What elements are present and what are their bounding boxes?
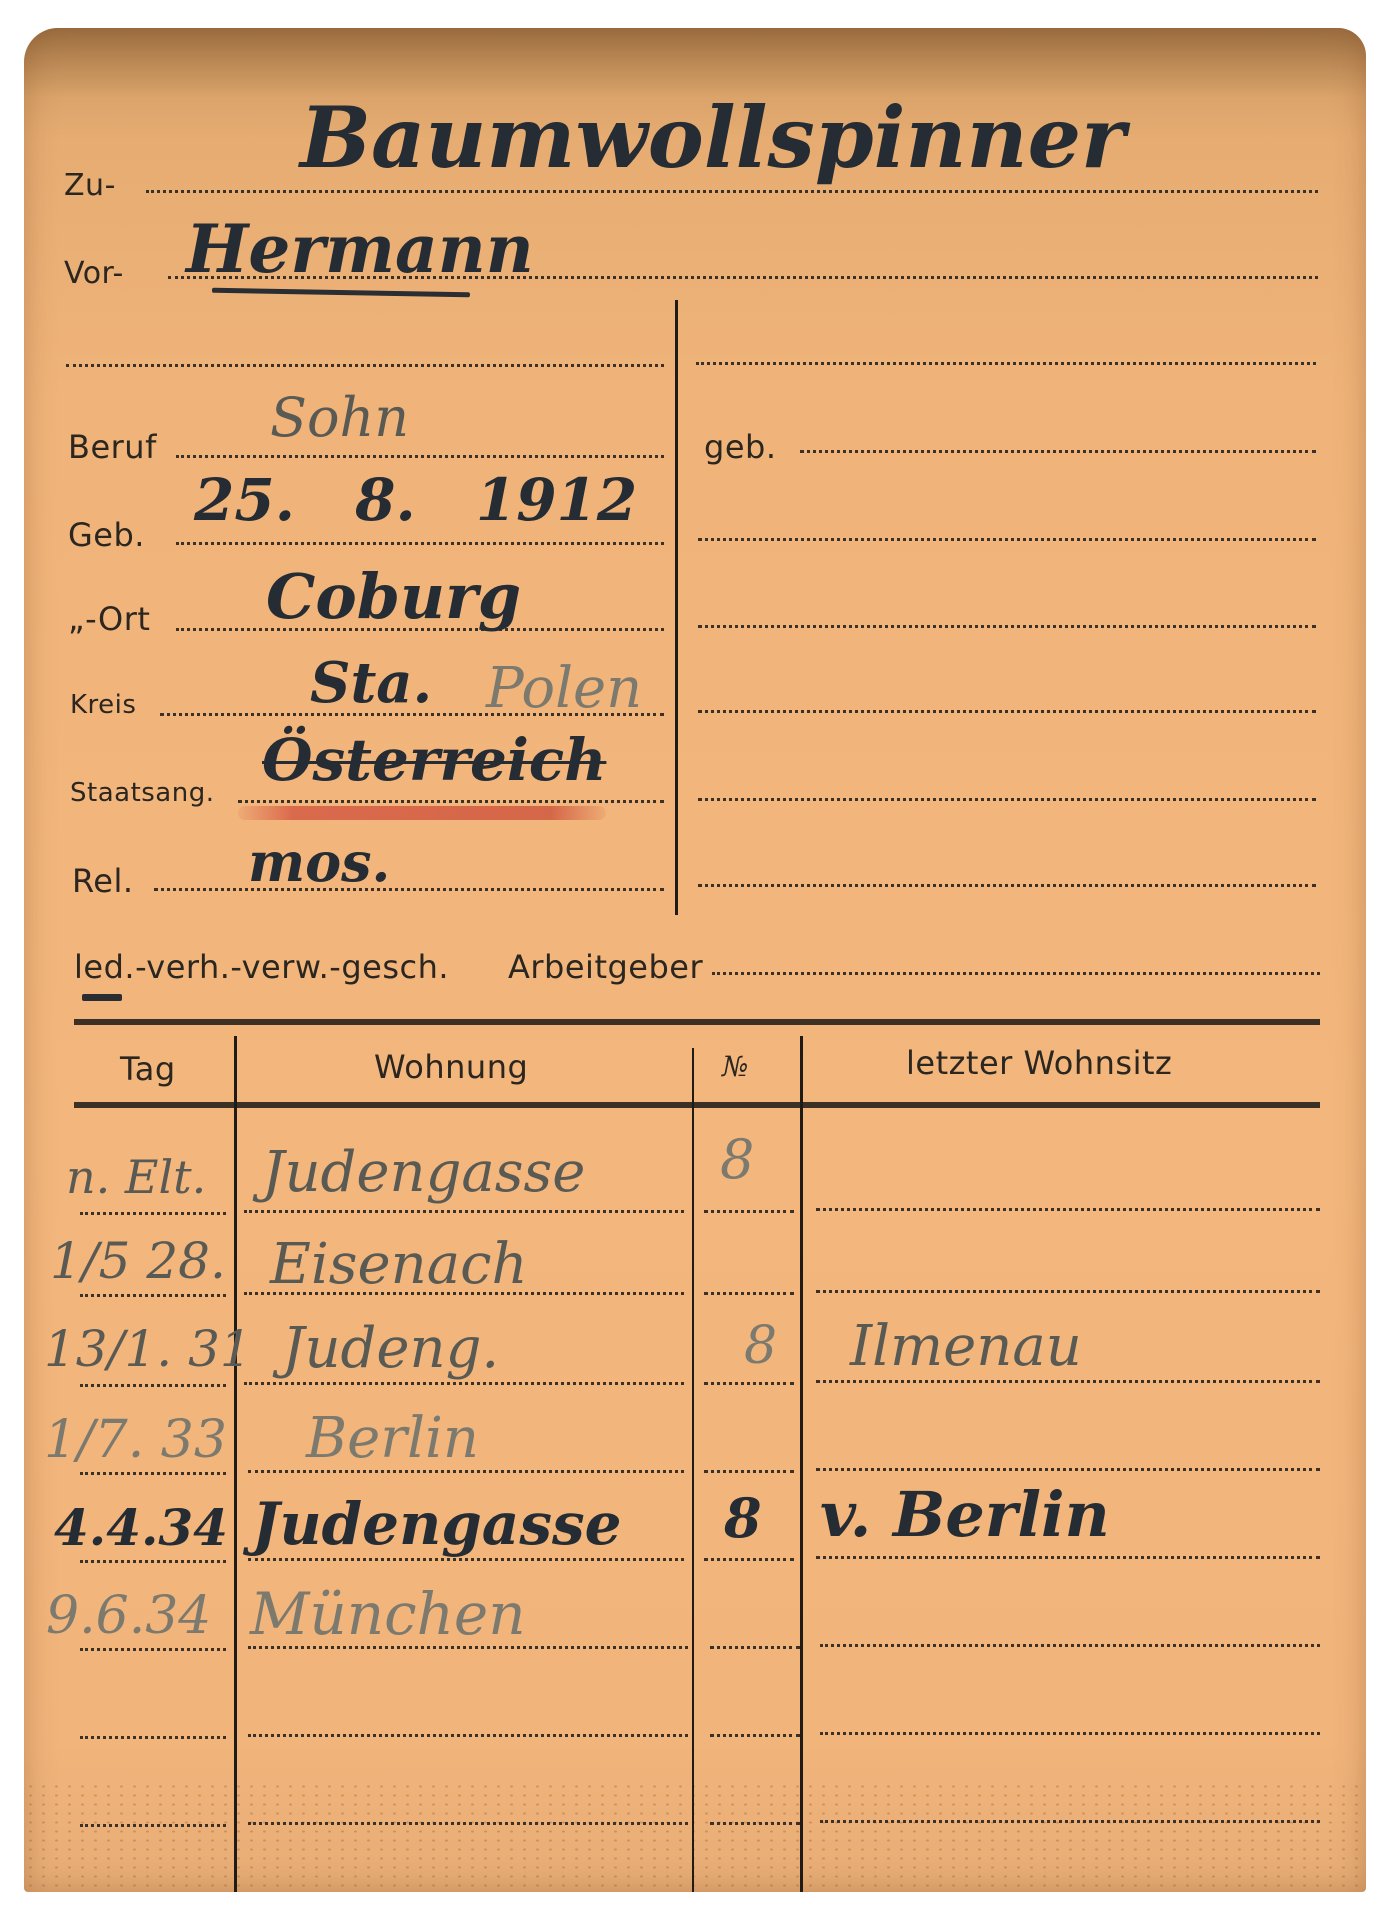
occupation-line (176, 455, 664, 458)
blank-line-right-2 (698, 538, 1316, 541)
cell-day: 1/7. 33 (44, 1410, 227, 1470)
label-occupation: Beruf (68, 428, 157, 466)
blank-line-right-3 (698, 625, 1316, 628)
blank-line-right-5 (698, 798, 1316, 801)
cell-last-residence: Ilmenau (850, 1314, 1082, 1379)
blank-line-right-4 (698, 710, 1316, 713)
table-top-rule (74, 1019, 1320, 1025)
label-surname: Zu- (64, 168, 116, 203)
value-first-name: Hermann (186, 210, 534, 288)
label-birth-place: „-Ort (68, 600, 150, 638)
details-divider (675, 300, 678, 915)
header-number: № (722, 1050, 749, 1083)
value-citizenship: Österreich (262, 726, 606, 794)
value-birth-date: 25. 8. 1912 (194, 466, 637, 534)
value-occupation: Sohn (270, 386, 409, 449)
value-birth-place: Coburg (266, 560, 521, 633)
label-district: Kreis (70, 690, 136, 720)
cell-day: 13/1. 31 (44, 1320, 252, 1378)
cell-day: 4.4.34 (54, 1498, 228, 1557)
cell-residence: Berlin (306, 1406, 479, 1471)
label-employer: Arbeitgeber (508, 948, 703, 986)
birth-date-line (176, 542, 664, 545)
label-first-name: Vor- (64, 256, 124, 291)
cell-number: 8 (720, 1128, 754, 1191)
cell-day: n. Elt. (66, 1150, 206, 1204)
value-surname: Baumwollspinner (300, 88, 1125, 187)
blank-line-right-6 (698, 884, 1316, 887)
cell-residence: Judengasse (252, 1490, 622, 1558)
cell-residence: München (250, 1580, 526, 1648)
value-district-annotation: Polen (486, 656, 642, 721)
cell-residence: Eisenach (270, 1232, 528, 1297)
label-citizenship: Staatsang. (70, 778, 214, 808)
cell-number: 8 (744, 1316, 777, 1376)
born-right-line (800, 450, 1316, 453)
table-divider-residence (692, 1048, 694, 1892)
value-religion: mos. (248, 830, 390, 894)
cell-residence: Judeng. (282, 1316, 499, 1381)
value-district: Sta. (310, 650, 432, 716)
table-header-rule (74, 1102, 1320, 1108)
table-divider-day (234, 1036, 237, 1892)
foxing-stains (24, 1782, 1366, 1892)
table-divider-number (800, 1036, 803, 1892)
label-birth-date: Geb. (68, 516, 145, 554)
cell-residence: Judengasse (262, 1140, 585, 1205)
citizenship-line (238, 800, 664, 803)
cell-day: 1/5 28. (50, 1232, 226, 1290)
label-religion: Rel. (72, 862, 134, 900)
marital-status-mark (82, 994, 122, 1001)
header-day: Tag (120, 1050, 176, 1088)
cell-day: 9.6.34 (46, 1586, 211, 1646)
employer-line (712, 972, 1320, 975)
surname-line (146, 190, 1318, 193)
cell-last-residence: v. Berlin (820, 1478, 1110, 1551)
label-born-right: geb. (704, 428, 776, 466)
blank-line-left (66, 364, 664, 367)
header-last-residence: letzter Wohnsitz (906, 1044, 1172, 1082)
red-pencil-mark (238, 806, 606, 820)
blank-line-right-1 (696, 362, 1316, 365)
header-residence: Wohnung (374, 1048, 528, 1086)
cell-number: 8 (724, 1486, 762, 1550)
label-marital-status: led.-verh.-verw.-gesch. (74, 948, 449, 986)
religion-line (154, 888, 664, 891)
